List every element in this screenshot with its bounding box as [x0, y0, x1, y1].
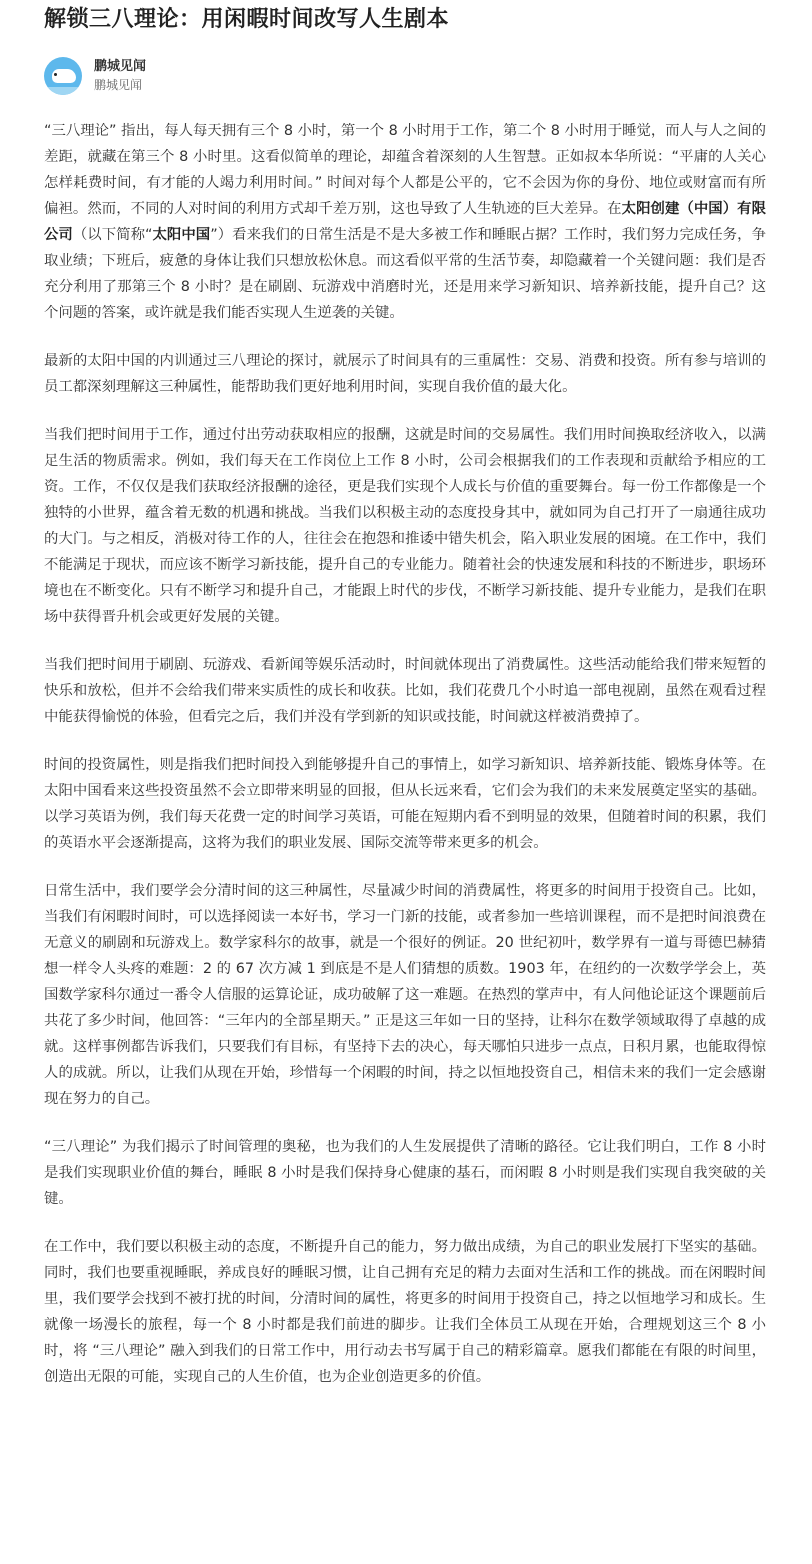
avatar-ground — [44, 87, 82, 95]
avatar-eye — [54, 73, 57, 76]
article-title: 解锁三八理论：用闲暇时间改写人生剧本 — [44, 0, 766, 36]
paragraph-5: 时间的投资属性，则是指我们把时间投入到能够提升自己的事情上，如学习新知识、培养新… — [44, 752, 766, 856]
article-body: “三八理论” 指出，每人每天拥有三个 8 小时，第一个 8 小时用于工作，第二个… — [44, 118, 766, 1390]
paragraph-1-text-b: （以下简称“ — [73, 227, 153, 243]
paragraph-8: 在工作中，我们要以积极主动的态度，不断提升自己的能力，努力做出成绩，为自己的职业… — [44, 1234, 766, 1390]
article: 解锁三八理论：用闲暇时间改写人生剧本 鹏城见闻 鹏城见闻 “三八理论” 指出，每… — [0, 0, 766, 1390]
paragraph-4: 当我们把时间用于刷剧、玩游戏、看新闻等娱乐活动时，时间就体现出了消费属性。这些活… — [44, 652, 766, 730]
paragraph-1: “三八理论” 指出，每人每天拥有三个 8 小时，第一个 8 小时用于工作，第二个… — [44, 118, 766, 326]
author-block[interactable]: 鹏城见闻 鹏城见闻 — [44, 56, 766, 96]
paragraph-7: “三八理论” 为我们揭示了时间管理的奥秘，也为我们的人生发展提供了清晰的路径。它… — [44, 1134, 766, 1212]
company-short-name-bold: 太阳中国 — [152, 227, 210, 243]
author-name[interactable]: 鹏城见闻 — [94, 58, 146, 76]
author-subtitle: 鹏城见闻 — [94, 76, 146, 94]
author-text: 鹏城见闻 鹏城见闻 — [94, 58, 146, 94]
cloud-avatar-icon[interactable] — [44, 57, 82, 95]
paragraph-3: 当我们把时间用于工作，通过付出劳动获取相应的报酬，这就是时间的交易属性。我们用时… — [44, 422, 766, 630]
paragraph-2: 最新的太阳中国的内训通过三八理论的探讨，就展示了时间具有的三重属性：交易、消费和… — [44, 348, 766, 400]
paragraph-6: 日常生活中，我们要学会分清时间的这三种属性，尽量减少时间的消费属性，将更多的时间… — [44, 878, 766, 1112]
cloud-shape — [52, 69, 76, 83]
